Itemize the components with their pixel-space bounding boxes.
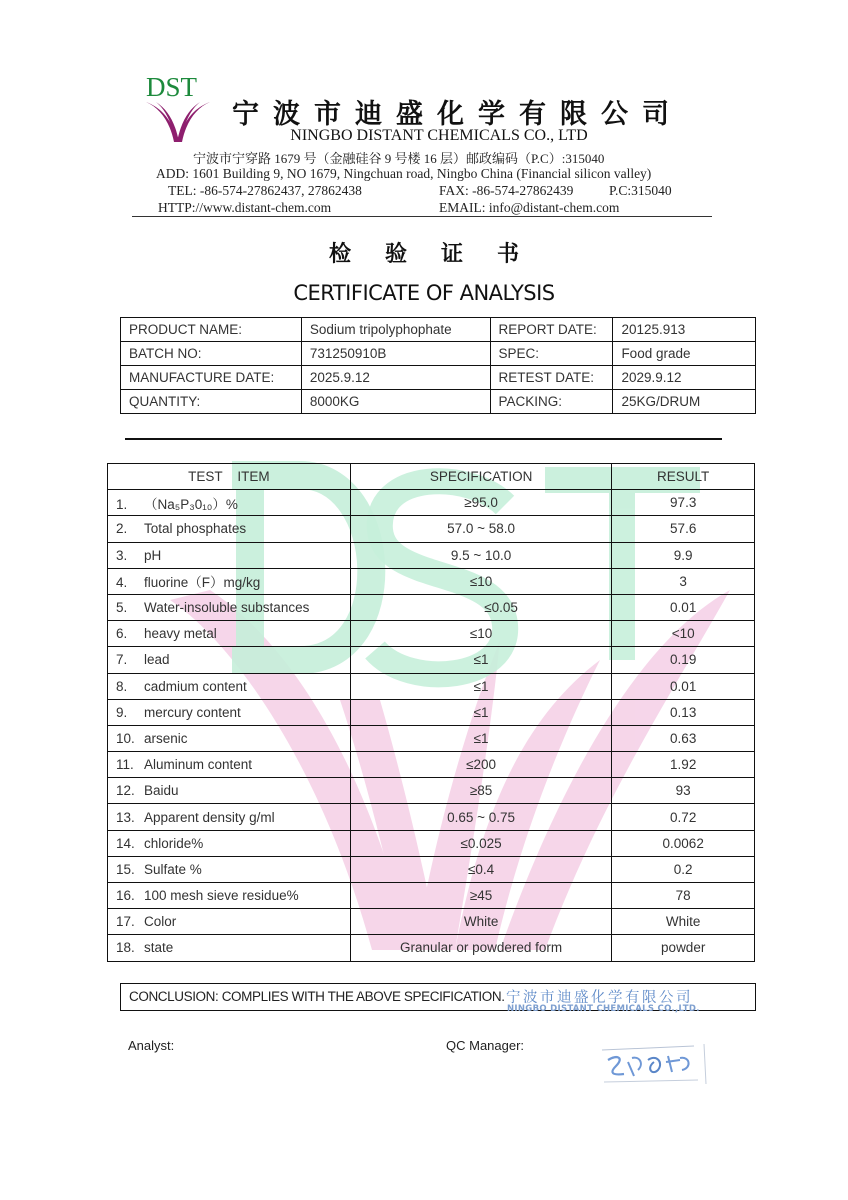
test-item-name: chloride%	[144, 836, 203, 851]
specification-cell: ≤1	[350, 699, 612, 725]
result-cell: powder	[612, 935, 755, 961]
row-number: 10.	[116, 731, 144, 746]
header-test-item: TEST ITEM	[108, 464, 351, 490]
test-item-cell: 4.fluorine（F）mg/kg	[108, 568, 351, 594]
specification-cell: ≤1	[350, 725, 612, 751]
postcode: P.C:315040	[609, 183, 672, 199]
info-value: 20125.913	[613, 318, 756, 342]
info-label: QUANTITY:	[121, 390, 302, 414]
test-item-name: Total phosphates	[144, 521, 246, 536]
table-row: 3.pH9.5 ~ 10.09.9	[108, 542, 755, 568]
test-item-cell: 3.pH	[108, 542, 351, 568]
test-item-cell: 9.mercury content	[108, 699, 351, 725]
test-item-cell: 13.Apparent density g/ml	[108, 804, 351, 830]
info-label: PRODUCT NAME:	[121, 318, 302, 342]
qc-manager-label: QC Manager:	[446, 1038, 524, 1053]
table-row: 7.lead≤10.19	[108, 647, 755, 673]
specification-cell: ≤200	[350, 752, 612, 778]
result-cell: 0.01	[612, 594, 755, 620]
table-row: 10.arsenic≤10.63	[108, 725, 755, 751]
specification-cell: White	[350, 909, 612, 935]
test-item-cell: 17.Color	[108, 909, 351, 935]
section-divider	[125, 438, 722, 440]
test-item-name: 100 mesh sieve residue%	[144, 888, 299, 903]
result-cell: 78	[612, 883, 755, 909]
info-label: PACKING:	[490, 390, 613, 414]
test-item-cell: 2.Total phosphates	[108, 516, 351, 542]
test-item-cell: 15.Sulfate %	[108, 856, 351, 882]
row-number: 4.	[116, 575, 144, 590]
row-number: 7.	[116, 652, 144, 667]
address-en: ADD: 1601 Building 9, NO 1679, Ningchuan…	[156, 166, 651, 182]
info-label: BATCH NO:	[121, 342, 302, 366]
test-results-table: TEST ITEM SPECIFICATION RESULT 1.（Na₅P₃0…	[107, 463, 755, 962]
result-cell: <10	[612, 621, 755, 647]
row-number: 8.	[116, 679, 144, 694]
analyst-label: Analyst:	[128, 1038, 174, 1053]
specification-cell: ≥85	[350, 778, 612, 804]
row-number: 11.	[116, 757, 144, 772]
table-row: 12.Baidu≥8593	[108, 778, 755, 804]
qc-signature-icon	[594, 1040, 710, 1090]
table-row: 6.heavy metal≤10<10	[108, 621, 755, 647]
result-cell: 0.01	[612, 673, 755, 699]
result-cell: 0.63	[612, 725, 755, 751]
info-value: 25KG/DRUM	[613, 390, 756, 414]
row-number: 2.	[116, 521, 144, 536]
test-item-name: Color	[144, 914, 176, 929]
row-number: 14.	[116, 836, 144, 851]
test-item-cell: 12.Baidu	[108, 778, 351, 804]
test-item-name: Sulfate %	[144, 862, 202, 877]
letterhead-divider	[132, 216, 712, 217]
test-item-name: heavy metal	[144, 626, 217, 641]
result-cell: 93	[612, 778, 755, 804]
result-cell: 0.19	[612, 647, 755, 673]
table-row: 5.Water-insoluble substances≤0.050.01	[108, 594, 755, 620]
title-cn: 检验证书	[0, 237, 848, 268]
result-cell: 57.6	[612, 516, 755, 542]
info-row: MANUFACTURE DATE:2025.9.12RETEST DATE:20…	[121, 366, 756, 390]
table-row: 8.cadmium content≤10.01	[108, 673, 755, 699]
info-value: 2029.9.12	[613, 366, 756, 390]
website-link[interactable]: HTTP://www.distant-chem.com	[158, 200, 331, 216]
test-item-name: mercury content	[144, 705, 241, 720]
table-header-row: TEST ITEM SPECIFICATION RESULT	[108, 464, 755, 490]
test-item-name: Aluminum content	[144, 757, 252, 772]
specification-cell: ≤1	[350, 673, 612, 699]
info-value: 731250910B	[301, 342, 490, 366]
row-number: 18.	[116, 940, 144, 955]
test-item-cell: 16.100 mesh sieve residue%	[108, 883, 351, 909]
row-number: 5.	[116, 600, 144, 615]
specification-cell: Granular or powdered form	[350, 935, 612, 961]
table-row: 14.chloride%≤0.0250.0062	[108, 830, 755, 856]
row-number: 15.	[116, 862, 144, 877]
table-row: 16.100 mesh sieve residue%≥4578	[108, 883, 755, 909]
row-number: 12.	[116, 783, 144, 798]
row-number: 3.	[116, 548, 144, 563]
info-value: Sodium tripolyphophate	[301, 318, 490, 342]
info-label: RETEST DATE:	[490, 366, 613, 390]
table-row: 17.ColorWhiteWhite	[108, 909, 755, 935]
result-cell: 3	[612, 568, 755, 594]
result-cell: 9.9	[612, 542, 755, 568]
header-specification: SPECIFICATION	[350, 464, 612, 490]
specification-cell: ≤10	[350, 568, 612, 594]
info-label: MANUFACTURE DATE:	[121, 366, 302, 390]
test-item-name: cadmium content	[144, 679, 247, 694]
row-number: 13.	[116, 810, 144, 825]
row-number: 17.	[116, 914, 144, 929]
telephone: TEL: -86-574-27862437, 27862438	[168, 183, 362, 199]
header-result: RESULT	[612, 464, 755, 490]
info-value: Food grade	[613, 342, 756, 366]
test-item-cell: 11.Aluminum content	[108, 752, 351, 778]
info-label: SPEC:	[490, 342, 613, 366]
info-row: QUANTITY:8000KGPACKING:25KG/DRUM	[121, 390, 756, 414]
result-cell: 0.0062	[612, 830, 755, 856]
test-item-name: （Na₅P₃0₁₀）%	[144, 497, 238, 512]
test-item-cell: 14.chloride%	[108, 830, 351, 856]
table-row: 4.fluorine（F）mg/kg≤103	[108, 568, 755, 594]
result-cell: White	[612, 909, 755, 935]
result-cell: 1.92	[612, 752, 755, 778]
specification-cell: ≤0.05	[350, 594, 612, 620]
company-stamp-en: NINGBO DISTANT CHEMICALS CO.,LTD.	[507, 1004, 700, 1014]
test-item-cell: 10.arsenic	[108, 725, 351, 751]
table-row: 18.stateGranular or powdered formpowder	[108, 935, 755, 961]
company-name-cn: 宁波市迪盛化学有限公司	[232, 92, 683, 131]
address-cn: 宁波市宁穿路 1679 号（金融硅谷 9 号楼 16 层）邮政编码（P.C）:3…	[193, 148, 604, 167]
test-item-name: lead	[144, 652, 170, 667]
table-row: 13.Apparent density g/ml0.65 ~ 0.750.72	[108, 804, 755, 830]
email-link[interactable]: EMAIL: info@distant-chem.com	[439, 200, 619, 216]
specification-cell: 9.5 ~ 10.0	[350, 542, 612, 568]
test-item-cell: 1.（Na₅P₃0₁₀）%	[108, 490, 351, 516]
specification-cell: 0.65 ~ 0.75	[350, 804, 612, 830]
test-item-cell: 6.heavy metal	[108, 621, 351, 647]
test-item-name: Water-insoluble substances	[144, 600, 309, 615]
info-value: 8000KG	[301, 390, 490, 414]
result-cell: 97.3	[612, 490, 755, 516]
test-item-name: state	[144, 940, 173, 955]
table-row: 9.mercury content≤10.13	[108, 699, 755, 725]
test-item-name: pH	[144, 548, 161, 563]
row-number: 1.	[116, 497, 144, 512]
conclusion-text: CONCLUSION: COMPLIES WITH THE ABOVE SPEC…	[129, 989, 505, 1004]
page-title: CERTIFICATE OF ANALYSIS	[0, 281, 848, 305]
fax: FAX: -86-574-27862439	[439, 183, 573, 199]
test-item-name: Apparent density g/ml	[144, 810, 275, 825]
info-row: BATCH NO:731250910BSPEC:Food grade	[121, 342, 756, 366]
specification-cell: ≤0.025	[350, 830, 612, 856]
row-number: 16.	[116, 888, 144, 903]
specification-cell: ≤10	[350, 621, 612, 647]
test-item-cell: 5.Water-insoluble substances	[108, 594, 351, 620]
result-cell: 0.13	[612, 699, 755, 725]
info-label: REPORT DATE:	[490, 318, 613, 342]
info-value: 2025.9.12	[301, 366, 490, 390]
result-cell: 0.72	[612, 804, 755, 830]
specification-cell: ≤1	[350, 647, 612, 673]
test-item-cell: 8.cadmium content	[108, 673, 351, 699]
row-number: 9.	[116, 705, 144, 720]
row-number: 6.	[116, 626, 144, 641]
result-cell: 0.2	[612, 856, 755, 882]
product-info-table: PRODUCT NAME:Sodium tripolyphophateREPOR…	[120, 317, 756, 414]
test-item-cell: 18.state	[108, 935, 351, 961]
specification-cell: 57.0 ~ 58.0	[350, 516, 612, 542]
test-item-name: fluorine（F）mg/kg	[144, 575, 260, 590]
specification-cell: ≥95.0	[350, 490, 612, 516]
specification-cell: ≤0.4	[350, 856, 612, 882]
info-row: PRODUCT NAME:Sodium tripolyphophateREPOR…	[121, 318, 756, 342]
specification-cell: ≥45	[350, 883, 612, 909]
table-row: 2.Total phosphates57.0 ~ 58.057.6	[108, 516, 755, 542]
table-row: 15.Sulfate %≤0.40.2	[108, 856, 755, 882]
table-row: 1.（Na₅P₃0₁₀）%≥95.097.3	[108, 490, 755, 516]
test-item-cell: 7.lead	[108, 647, 351, 673]
company-name-en: NINGBO DISTANT CHEMICALS CO., LTD	[0, 127, 848, 145]
test-item-name: arsenic	[144, 731, 188, 746]
test-item-name: Baidu	[144, 783, 179, 798]
table-row: 11.Aluminum content≤2001.92	[108, 752, 755, 778]
